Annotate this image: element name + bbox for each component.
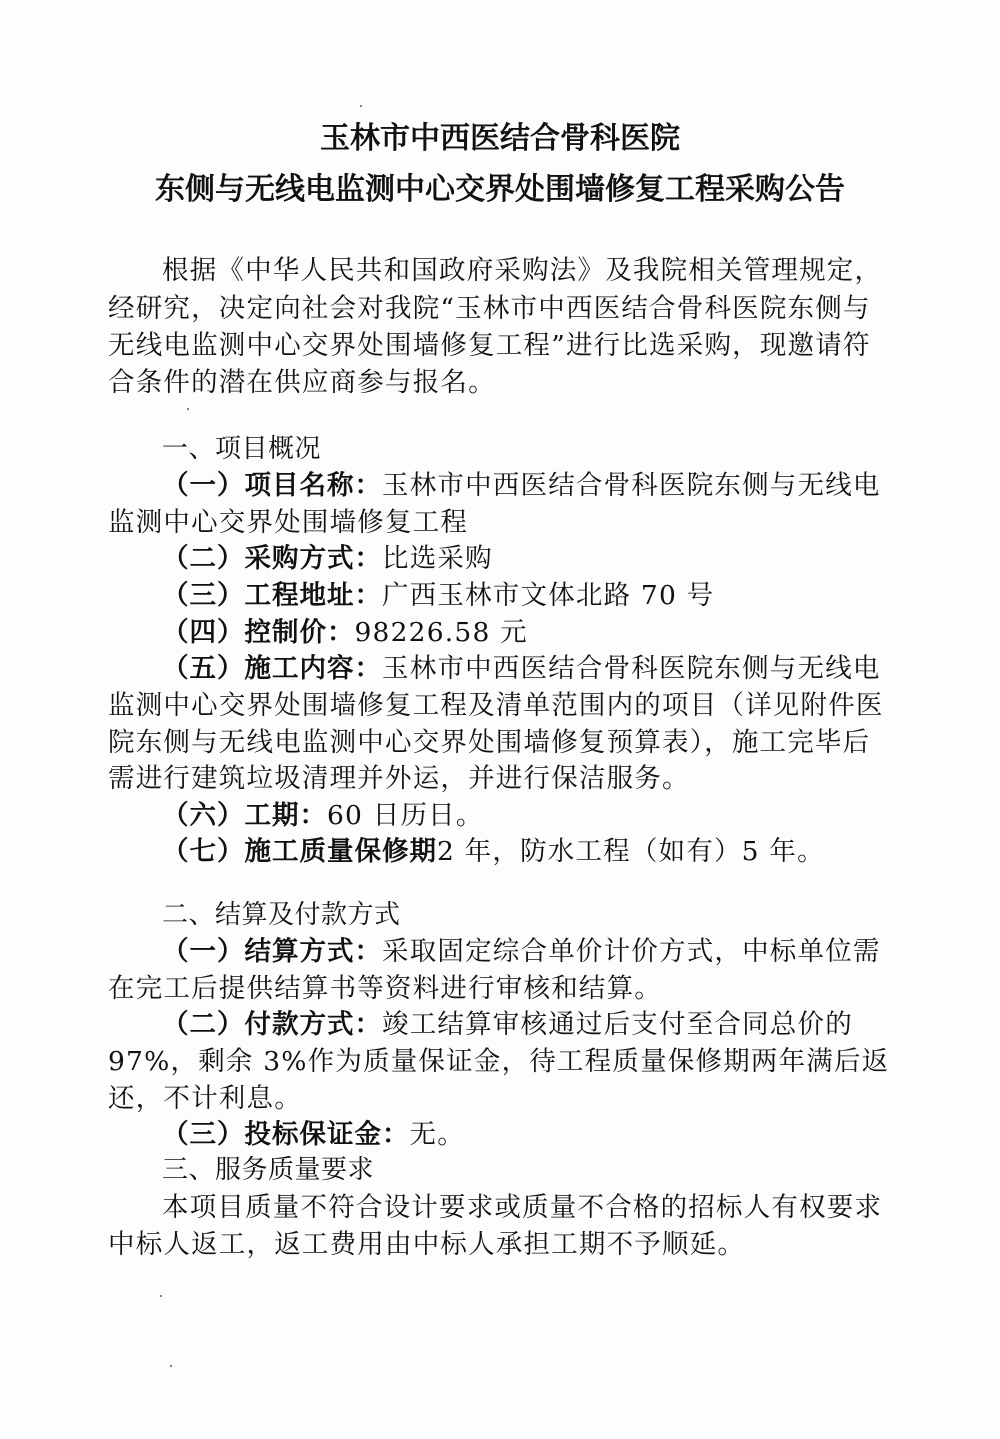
item-value: 无。 xyxy=(410,1119,465,1150)
item-label: （三）工程地址： xyxy=(162,580,382,611)
item-continuation: 97%，剩余 3%作为质量保证金，待工程质量保修期两年满后返 xyxy=(108,1043,888,1080)
item-value: 采取固定综合单价计价方式，中标单位需 xyxy=(382,936,881,967)
intro-line: 经研究，决定向社会对我院“玉林市中西医结合骨科医院东侧与 xyxy=(108,290,888,327)
scan-speck xyxy=(160,1295,162,1297)
item-label: （五）施工内容： xyxy=(162,653,382,684)
item-duration: （六）工期：60 日历日。 xyxy=(162,797,942,834)
item-value: 竣工结算审核通过后支付至合同总价的 xyxy=(382,1009,853,1040)
item-value: 玉林市中西医结合骨科医院东侧与无线电 xyxy=(382,470,881,501)
item-value: 98226.58 元 xyxy=(355,617,528,648)
item-payment-method: （二）付款方式：竣工结算审核通过后支付至合同总价的 xyxy=(162,1006,942,1043)
item-continuation: 监测中心交界处围墙修复工程及清单范围内的项目（详见附件医 xyxy=(108,687,888,724)
item-continuation: 监测中心交界处围墙修复工程 xyxy=(108,504,888,541)
body-line: 本项目质量不符合设计要求或质量不合格的招标人有权要求 xyxy=(162,1189,942,1226)
item-continuation: 在完工后提供结算书等资料进行审核和结算。 xyxy=(108,970,888,1007)
item-label: （六）工期： xyxy=(162,800,327,831)
item-procurement-method: （二）采购方式：比选采购 xyxy=(162,540,942,577)
item-label: （七）施工质量保修期 xyxy=(162,836,437,867)
section-heading: 三、服务质量要求 xyxy=(162,1152,942,1189)
scan-speck xyxy=(170,1365,172,1367)
scan-speck xyxy=(360,105,362,107)
item-value: 60 日历日。 xyxy=(327,800,484,831)
item-continuation: 还，不计利息。 xyxy=(108,1080,888,1117)
intro-line: 无线电监测中心交界处围墙修复工程”进行比选采购，现邀请符 xyxy=(108,327,888,364)
item-label: （二）付款方式： xyxy=(162,1009,382,1040)
item-continuation: 院东侧与无线电监测中心交界处围墙修复预算表），施工完毕后 xyxy=(108,724,888,761)
item-label: （一）项目名称： xyxy=(162,470,382,501)
item-value: 广西玉林市文体北路 70 号 xyxy=(382,580,714,611)
item-label: （二）采购方式： xyxy=(162,543,382,574)
intro-line: 合条件的潜在供应商参与报名。 xyxy=(108,364,888,401)
item-label: （四）控制价： xyxy=(162,617,355,648)
section-heading: 一、项目概况 xyxy=(162,431,942,468)
scan-speck xyxy=(187,408,189,410)
item-label: （一）结算方式： xyxy=(162,936,382,967)
intro-line: 根据《中华人民共和国政府采购法》及我院相关管理规定， xyxy=(162,252,942,289)
item-value: 比选采购 xyxy=(382,543,493,574)
item-bid-bond: （三）投标保证金：无。 xyxy=(162,1116,942,1153)
item-label: （三）投标保证金： xyxy=(162,1119,410,1150)
document-page: 玉林市中西医结合骨科医院 东侧与无线电监测中心交界处围墙修复工程采购公告 根据《… xyxy=(0,0,1000,1439)
item-project-name: （一）项目名称：玉林市中西医结合骨科医院东侧与无线电 xyxy=(162,467,942,504)
item-value: 玉林市中西医结合骨科医院东侧与无线电 xyxy=(382,653,881,684)
document-title-line2: 东侧与无线电监测中心交界处围墙修复工程采购公告 xyxy=(0,164,1000,208)
section-heading: 二、结算及付款方式 xyxy=(162,897,942,934)
item-project-address: （三）工程地址：广西玉林市文体北路 70 号 xyxy=(162,577,942,614)
item-warranty: （七）施工质量保修期2 年，防水工程（如有）5 年。 xyxy=(162,833,942,870)
item-construction-content: （五）施工内容：玉林市中西医结合骨科医院东侧与无线电 xyxy=(162,650,942,687)
item-continuation: 需进行建筑垃圾清理并外运，并进行保洁服务。 xyxy=(108,760,888,797)
item-value: 2 年，防水工程（如有）5 年。 xyxy=(437,836,825,867)
body-line: 中标人返工，返工费用由中标人承担工期不予顺延。 xyxy=(108,1226,888,1263)
document-title-line1: 玉林市中西医结合骨科医院 xyxy=(0,113,1000,157)
item-settlement-method: （一）结算方式：采取固定综合单价计价方式，中标单位需 xyxy=(162,933,942,970)
item-control-price: （四）控制价：98226.58 元 xyxy=(162,614,942,651)
